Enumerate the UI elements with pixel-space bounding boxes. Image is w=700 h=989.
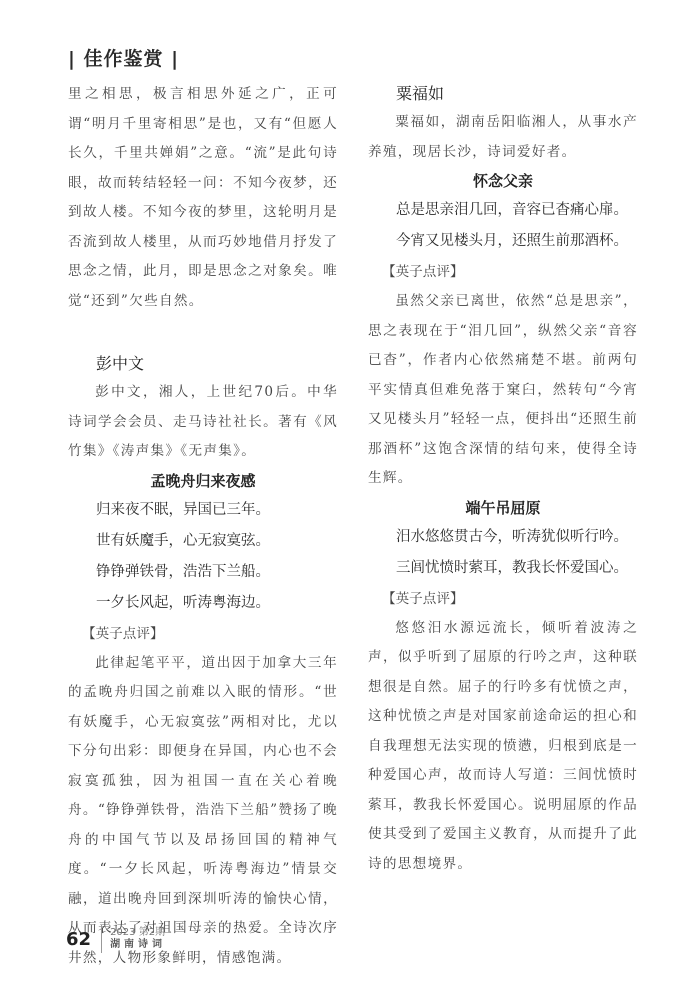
poem-line: 世有妖魔手，心无寂寞弦。	[68, 526, 338, 557]
right-column: 粟福如 粟福如，湖南岳阳临湘人，从事水产养殖，现居长沙，诗词爱好者。 怀念父亲 …	[368, 80, 638, 879]
poem-line: 铮铮弹铁骨，浩浩下兰船。	[68, 557, 338, 588]
footer-divider	[101, 925, 102, 953]
author-bio: 粟福如，湖南岳阳临湘人，从事水产养殖，现居长沙，诗词爱好者。	[368, 108, 638, 167]
footer-meta: 2023 第2期 湖南诗词	[110, 927, 166, 951]
author-name: 彭中文	[68, 350, 338, 378]
section-tag: | 佳作鉴赏 |	[68, 44, 179, 71]
journal-name: 湖南诗词	[110, 939, 166, 951]
poem-line: 今宵又见楼头月，还照生前那酒杯。	[368, 226, 638, 257]
author-name: 粟福如	[368, 80, 638, 108]
review-tag: 【英子点评】	[368, 257, 638, 287]
poem-title: 怀念父亲	[368, 167, 638, 195]
left-column: 里之相思，极言相思外延之广，正可谓“明月千里寄相思”是也，又有“但愿人长久，千里…	[68, 80, 338, 973]
poem-line: 一夕长风起，听涛粤海边。	[68, 588, 338, 619]
review-tag: 【英子点评】	[68, 619, 338, 649]
poem-line: 三闾忧愤时萦耳，教我长怀爱国心。	[368, 553, 638, 584]
poem-line: 归来夜不眠，异国已三年。	[68, 495, 338, 526]
poem-title: 端午吊屈原	[368, 494, 638, 522]
page-number: 62	[66, 929, 91, 950]
poem-line: 总是思亲泪几回，音容已杳痛心扉。	[368, 195, 638, 226]
review-paragraph: 悠悠汨水源远流长，倾听着波涛之声，似乎听到了屈原的行吟之声，这种联想很是自然。屈…	[368, 614, 638, 880]
poem-line: 汨水悠悠贯古今，听涛犹似听行吟。	[368, 522, 638, 553]
review-paragraph: 虽然父亲已离世，依然“总是思亲”，思之表现在于“泪几回”，纵然父亲“音容已杳”，…	[368, 287, 638, 494]
page-footer: 62 2023 第2期 湖南诗词	[66, 925, 166, 953]
poem-title: 孟晚舟归来夜感	[68, 467, 338, 495]
continuation-paragraph: 里之相思，极言相思外延之广，正可谓“明月千里寄相思”是也，又有“但愿人长久，千里…	[68, 80, 338, 316]
issue-label: 2023 第2期	[110, 927, 166, 939]
review-tag: 【英子点评】	[368, 584, 638, 614]
author-bio: 彭中文，湘人，上世纪70后。中华诗词学会会员、走马诗社社长。著有《风竹集》《涛声…	[68, 378, 338, 467]
